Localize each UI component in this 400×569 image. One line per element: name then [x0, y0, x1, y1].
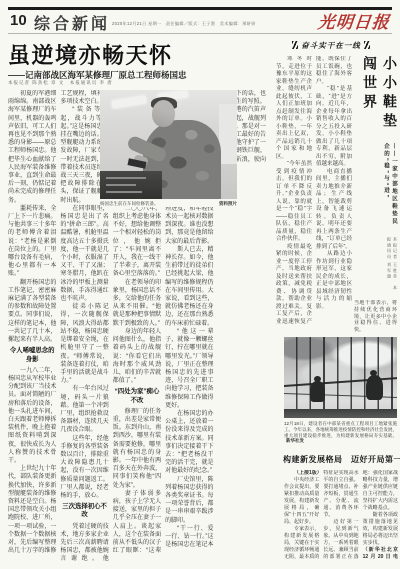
header-divider: [8, 33, 392, 34]
photo1-ceiling-light: [112, 95, 147, 108]
main-headline: 虽逆境亦畅天怀: [8, 39, 173, 70]
article-paragraph: 身边的年轻人问他图什么，他指着码头上的战舰说：“你看它们出海时那个威风劲儿，咱们…: [113, 328, 161, 385]
sidebar-subtitle: ——一家中部地区鞋垫民企的“稳”与“进”: [382, 143, 398, 228]
photo1-caption: 杨国忠生前在车间检修装备。 资料照片: [100, 199, 237, 207]
article-paragraph: 噩耗传来，全厂上下一片悲痛。与他共事三十多年的老师傅含着泪说：“老杨是累倒在岗位…: [8, 205, 56, 279]
article-subhead: 三次选择初心不改: [60, 503, 108, 519]
article-paragraph: 一九八二年，杨国忠从军校毕业分配到该厂当技术员。面对简陋的厂房和落后的设备，他一…: [8, 367, 56, 465]
masthead-logo: 光明日报: [317, 8, 392, 33]
main-article-photo-block: 杨国忠生前在车间检修装备。 资料照片: [100, 90, 237, 207]
sidebar-article-text: 寒冬时节，走进位于豫东平原的这家鞋垫生产企业，缝纫机声此起彼伏，工人们正加班加点…: [276, 56, 352, 332]
article-paragraph: 二〇〇八年，组织上考虑他身体不好，想给他调整一个相对轻松的岗位，他婉拒了：“车间…: [113, 205, 161, 279]
photo2-worker-figure: [366, 375, 383, 400]
article-paragraph: “他这一辈子，就像一颗螺丝钉，拧在哪里就在哪里发光。”厂领导说，厂里正在整理杨国…: [165, 328, 213, 410]
article-paragraph: 从路边小作坊到行业隐形冠军，这家民企的成长，正是中部地区县域经济韧性与活力的缩影…: [316, 251, 352, 311]
photo1-caption-text: 杨国忠生前在车间检修装备。: [100, 201, 159, 207]
article-paragraph: 斯人已去，精神长存。如今，他生前带过的徒弟们已经挑起大梁，他编写的维修规程仍在车…: [165, 246, 213, 328]
photo1-workbench: [100, 171, 162, 199]
sidebar-byline: 本报记者 王胜昔 本报通讯员 刘军旗: [386, 237, 398, 296]
article-paragraph: 修理厂的任务重，出差是家常便饭。东到舟山，南到西沙，哪里有装备需要抢修，哪里就有…: [113, 408, 161, 490]
badge-label: 奋斗实干在一线: [301, 41, 361, 50]
header-meta: 2020年12月21日 星期一 责任编辑／版式：王子墨 美术编辑：邢妍妍: [112, 21, 256, 27]
photo1-figure-head: [152, 100, 175, 127]
photo1-credit: 资料照片: [219, 201, 237, 207]
article-paragraph: 翻开杨国忠的工作笔记，密密麻麻记满了各型装备的参数和故障处置要点。同事们说，这样…: [8, 279, 56, 345]
article-paragraph: 随着各项政策措施落地见效，构建新发展格局必将迈出坚实步伐。: [363, 512, 398, 547]
article-paragraph: 中央经济工作会议提出，要紧扣推动高质量发展，构建新发展格局，确保“十四五”开好局…: [284, 477, 319, 526]
photo2-platform: [284, 409, 397, 418]
sidebar-headline: 小小鞋垫闯世界: [358, 56, 398, 137]
photo2-worker-figure: [310, 381, 325, 402]
photo2-caption-text: 12月18日，建设者在中部某省重点工程项目工地紧张施工。今年以来，各地统筹推进疫…: [284, 421, 397, 438]
photo2-credit: 新华社发: [286, 438, 304, 443]
photo2-caption: 12月18日，建设者在中部某省重点工程项目工地紧张施工。今年以来，各地统筹推进疫…: [284, 421, 397, 444]
bottom-article-text: （上接1版）中央经济工作会议提出，要紧扣推动高质量发展，构建新发展格局，确保“十…: [284, 470, 398, 566]
article-paragraph: “今年虽然受到疫情冲击，但我们的订单不降反升。”企业负责人说，靠的就是一个“稳”…: [276, 161, 312, 244]
article-paragraph: 在老领导的印象里，杨国忠话不多，交给他的任务从来不用催。“他就是那种把事情默默干…: [113, 279, 161, 328]
article-paragraph: 电商直播间里，主播们卖力地推介新品；生产线上，智能裁剪设备飞速运转。负责人说，明…: [316, 169, 352, 252]
newspaper-page: 10 综合新闻 2020年12月21日 星期一 责任编辑／版式：王子墨 美术编辑…: [0, 0, 400, 569]
main-byline: 本报记者 陈劲松 章 文 本报通讯员 李 唐: [8, 80, 113, 86]
section-title: 综合新闻: [34, 11, 110, 34]
article-paragraph: 这些年，经他手修复的各型装备数以百计，排除重大故障隐患几十起，没有一次因维修质量…: [60, 435, 108, 501]
article-paragraph: 有一年台风过境，码头一片狼藉。他第一个冲到厂里，组织抢救设备器材，连续几天几夜没…: [60, 385, 108, 434]
article-subhead: “四处为家”痴心不改: [113, 388, 161, 404]
article-subhead: 令人唏嘘思念的身影: [8, 347, 56, 363]
photo1-window: [219, 104, 237, 164]
article-paragraph: 寒冬时节，走进位于豫东平原的这家鞋垫生产企业，缝纫机声此起彼伏，工人们正加班加点…: [276, 56, 312, 161]
sidebar-extra-text: 当地干部表示，将持续优化营商环境，让更多中小企业稳得住、进得快。: [354, 300, 397, 332]
article-paragraph: 在同事眼里，杨国忠是出了名的“拼命三郎”。高温酷暑，机舱里温度高达五十多摄氏度，…: [60, 205, 108, 303]
construction-workers-photo: [284, 337, 397, 418]
article-paragraph: 初夏的军港细雨绵绵。南部战区海军某修理厂的车间里，机器的轰鸣声依旧，可工人们再也…: [8, 90, 56, 205]
badge-slash-icon: [292, 41, 298, 49]
article-paragraph: 在杨国忠的办公桌上，还放着一份没来得及完成的技术革新方案。同事们决定接着干下去：…: [165, 410, 213, 476]
sidebar-vertical-headline-block: 小小鞋垫闯世界 ——一家中部地区鞋垫民企的“稳”与“进” 本报记者 王胜昔 本报…: [354, 56, 398, 296]
article-paragraph: 厂史馆里，陈列着杨国忠获得的各类奖章证书。每一项荣誉背后，都是一串串艰辛跋涉的脚…: [165, 476, 213, 525]
article-paragraph: “稳”是基础，“进”是方向。近几年，企业每年拿出销售收入的百分之五投入研发，小小…: [316, 86, 352, 169]
article-subhead: （上接1版）: [284, 470, 319, 477]
repairman-photo: [100, 90, 237, 199]
column-badge: 奋斗实干在一线: [272, 40, 390, 51]
badge-slash-icon: [364, 41, 370, 49]
page-number: 10: [10, 12, 27, 29]
article-paragraph: 徒弟小陈记得，一次随舰保障，风浪大得站都站不稳，杨国忠硬是绑着安全绳，在机舱里守…: [60, 303, 108, 385]
bottom-article-headline: 构建新发展格局 迈好开局第一步: [283, 454, 398, 465]
